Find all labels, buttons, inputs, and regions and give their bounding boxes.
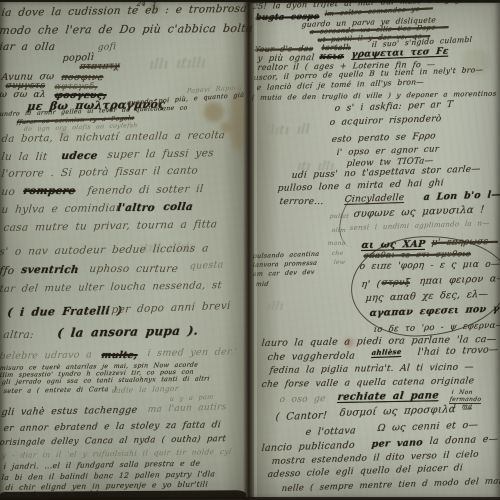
vignette [0, 0, 500, 500]
manuscript-scan: 24 ⁊ia dove la cudission te eb : e tromb… [0, 0, 500, 500]
